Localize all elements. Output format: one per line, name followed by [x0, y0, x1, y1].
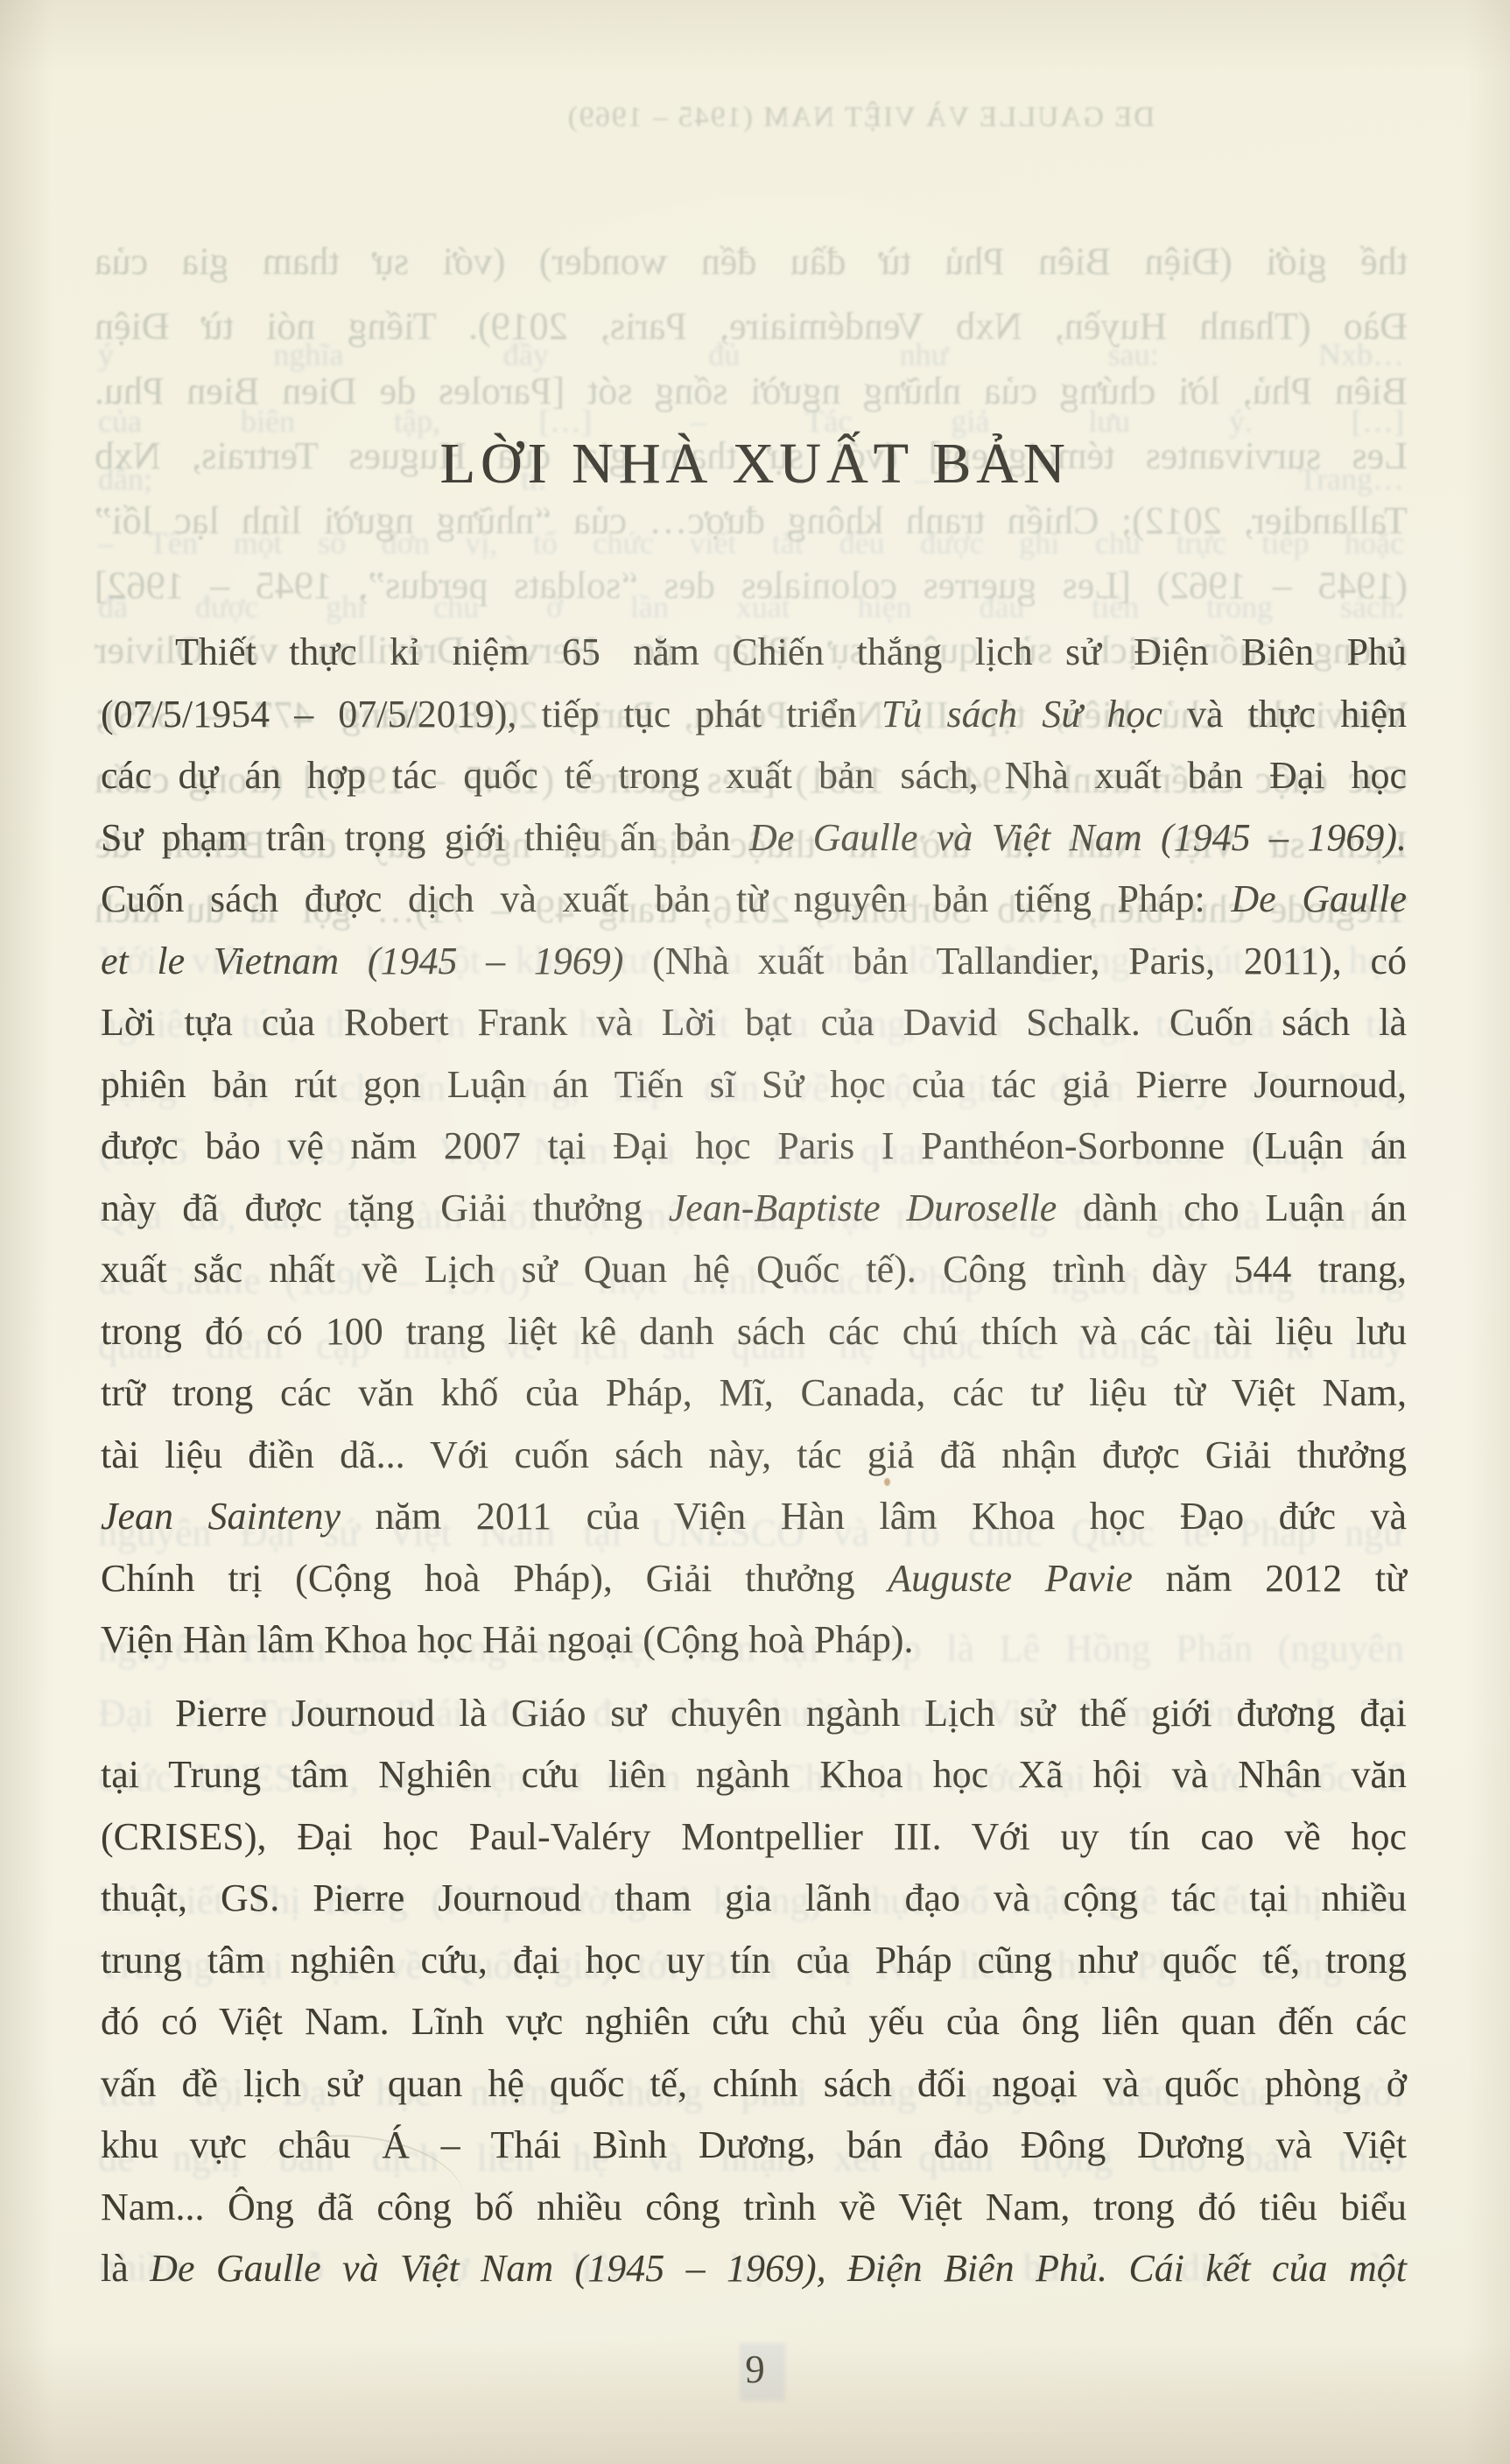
bleed-through-line: ý nghĩa đầy đủ như sau: Nxb… — [98, 324, 1404, 385]
body-line: này đã được tặng Giải thưởng Jean-Baptis… — [101, 1178, 1407, 1240]
text-run: được bảo vệ năm 2007 tại Đại học Paris I… — [101, 1124, 1407, 1167]
text-run: trung tâm nghiên cứu, đại học uy tín của… — [101, 1939, 1407, 1982]
body-line: Sư phạm trân trọng giới thiệu ấn bản De … — [101, 807, 1407, 869]
italic-text-run: Jean-Baptiste Duroselle — [669, 1186, 1057, 1229]
italic-text-run: et le Vietnam (1945 – 1969) — [101, 940, 623, 982]
body-line: Jean Sainteny năm 2011 của Viện Hàn lâm … — [101, 1486, 1407, 1548]
text-run: các dự án hợp tác quốc tế trong xuất bản… — [101, 754, 1407, 797]
italic-text-run: De Gaulle và Việt Nam (1945 – 1969). — [749, 816, 1407, 859]
text-run: xuất sắc nhất về Lịch sử Quan hệ Quốc tế… — [101, 1248, 1407, 1291]
body-line: trong đó có 100 trang liệt kê danh sách … — [101, 1301, 1407, 1363]
body-line: (CRISES), Đại học Paul-Valéry Montpellie… — [101, 1806, 1407, 1869]
book-page: DE GAULLE VÀ VIỆT NAM (1945 – 1969) thế … — [0, 0, 1510, 2464]
body-line: tại Trung tâm Nghiên cứu liên ngành Khoa… — [101, 1744, 1407, 1806]
bleed-through-line: – Tên một số đơn vị, tổ chức viết tắt đề… — [98, 512, 1404, 574]
text-run: đó có Việt Nam. Lĩnh vực nghiên cứu chủ … — [101, 2000, 1407, 2043]
body-line: Pierre Journoud là Giáo sư chuyên ngành … — [101, 1683, 1407, 1745]
body-line: Chính trị (Cộng hoà Pháp), Giải thưởng A… — [101, 1548, 1407, 1610]
text-run: và thực hiện — [1162, 693, 1407, 736]
text-run: phiên bản rút gọn Luận án Tiến sĩ Sử học… — [101, 1063, 1407, 1106]
text-run: (CRISES), Đại học Paul-Valéry Montpellie… — [101, 1815, 1407, 1858]
body-line: tài liệu điền dã... Với cuốn sách này, t… — [101, 1425, 1407, 1487]
body-line: Thiết thực kỉ niệm 65 năm Chiến thắng lị… — [101, 622, 1407, 684]
text-run: năm 2012 từ — [1133, 1557, 1407, 1600]
text-run: tài liệu điền dã... Với cuốn sách này, t… — [101, 1433, 1407, 1476]
body-line: Lời tựa của Robert Frank và Lời bạt của … — [101, 992, 1407, 1054]
body-line: Cuốn sách được dịch và xuất bản từ nguyê… — [101, 869, 1407, 931]
bleed-running-header: DE GAULLE VÀ VIỆT NAM (1945 – 1969) — [554, 102, 1167, 134]
chapter-title: LỜI NHÀ XUẤT BẢN — [0, 431, 1510, 497]
paper-speck — [884, 1478, 890, 1486]
text-run: Sư phạm trân trọng giới thiệu ấn bản — [101, 816, 749, 859]
italic-text-run: Jean Sainteny — [101, 1495, 341, 1538]
text-run: năm 2011 của Viện Hàn lâm Khoa học Đạo đ… — [341, 1495, 1407, 1538]
body-line: là De Gaulle và Việt Nam (1945 – 1969), … — [101, 2238, 1407, 2300]
text-run: là — [101, 2247, 150, 2290]
text-run: vấn đề lịch sử quan hệ quốc tế, chính sá… — [101, 2062, 1407, 2105]
text-run: (Nhà xuất bản Tallandier, Paris, 2011), … — [623, 940, 1407, 982]
text-run: trong đó có 100 trang liệt kê danh sách … — [101, 1310, 1407, 1353]
text-run: Chính trị (Cộng hoà Pháp), Giải thưởng — [101, 1557, 888, 1600]
paragraph: Thiết thực kỉ niệm 65 năm Chiến thắng lị… — [101, 622, 1407, 1672]
text-run: dành cho Luận án — [1057, 1186, 1407, 1229]
text-run: Viện Hàn lâm Khoa học Hải ngoại (Cộng ho… — [101, 1618, 913, 1661]
body-line: xuất sắc nhất về Lịch sử Quan hệ Quốc tế… — [101, 1239, 1407, 1301]
text-run: (07/5/1954 – 07/5/2019), tiếp tục phát t… — [101, 693, 881, 736]
body-line: et le Vietnam (1945 – 1969) (Nhà xuất bả… — [101, 931, 1407, 993]
text-run: Cuốn sách được dịch và xuất bản từ nguyê… — [101, 877, 1231, 920]
body-line: Viện Hàn lâm Khoa học Hải ngoại (Cộng ho… — [101, 1609, 1407, 1672]
body-line: các dự án hợp tác quốc tế trong xuất bản… — [101, 745, 1407, 807]
text-run: Lời tựa của Robert Frank và Lời bạt của … — [101, 1001, 1407, 1044]
body-text: Thiết thực kỉ niệm 65 năm Chiến thắng lị… — [101, 622, 1407, 2300]
text-run: trữ trong các văn khố của Pháp, Mĩ, Cana… — [101, 1371, 1407, 1414]
body-line: vấn đề lịch sử quan hệ quốc tế, chính sá… — [101, 2053, 1407, 2116]
body-line: (07/5/1954 – 07/5/2019), tiếp tục phát t… — [101, 684, 1407, 746]
text-run: tại Trung tâm Nghiên cứu liên ngành Khoa… — [101, 1753, 1407, 1796]
text-run: này đã được tặng Giải thưởng — [101, 1186, 669, 1229]
body-line: trữ trong các văn khố của Pháp, Mĩ, Cana… — [101, 1362, 1407, 1425]
text-run: thuật, GS. Pierre Journoud tham gia lãnh… — [101, 1876, 1407, 1919]
body-line: phiên bản rút gọn Luận án Tiến sĩ Sử học… — [101, 1054, 1407, 1116]
italic-text-run: De Gaulle và Việt Nam (1945 – 1969), Điệ… — [150, 2247, 1407, 2290]
bleed-through-line: thế giới (Điện Biên Phủ từ đầu đến wonde… — [95, 229, 1408, 294]
italic-text-run: Tủ sách Sử học — [881, 693, 1162, 736]
italic-text-run: De Gaulle — [1231, 877, 1407, 920]
text-run: Pierre Journoud là Giáo sư chuyên ngành … — [175, 1692, 1407, 1735]
body-line: trung tâm nghiên cứu, đại học uy tín của… — [101, 1930, 1407, 1992]
body-line: đó có Việt Nam. Lĩnh vực nghiên cứu chủ … — [101, 1991, 1407, 2053]
page-number: 9 — [0, 2347, 1510, 2392]
italic-text-run: Auguste Pavie — [888, 1557, 1133, 1600]
body-line: được bảo vệ năm 2007 tại Đại học Paris I… — [101, 1116, 1407, 1178]
body-line: thuật, GS. Pierre Journoud tham gia lãnh… — [101, 1868, 1407, 1930]
text-run: Thiết thực kỉ niệm 65 năm Chiến thắng lị… — [175, 630, 1407, 673]
